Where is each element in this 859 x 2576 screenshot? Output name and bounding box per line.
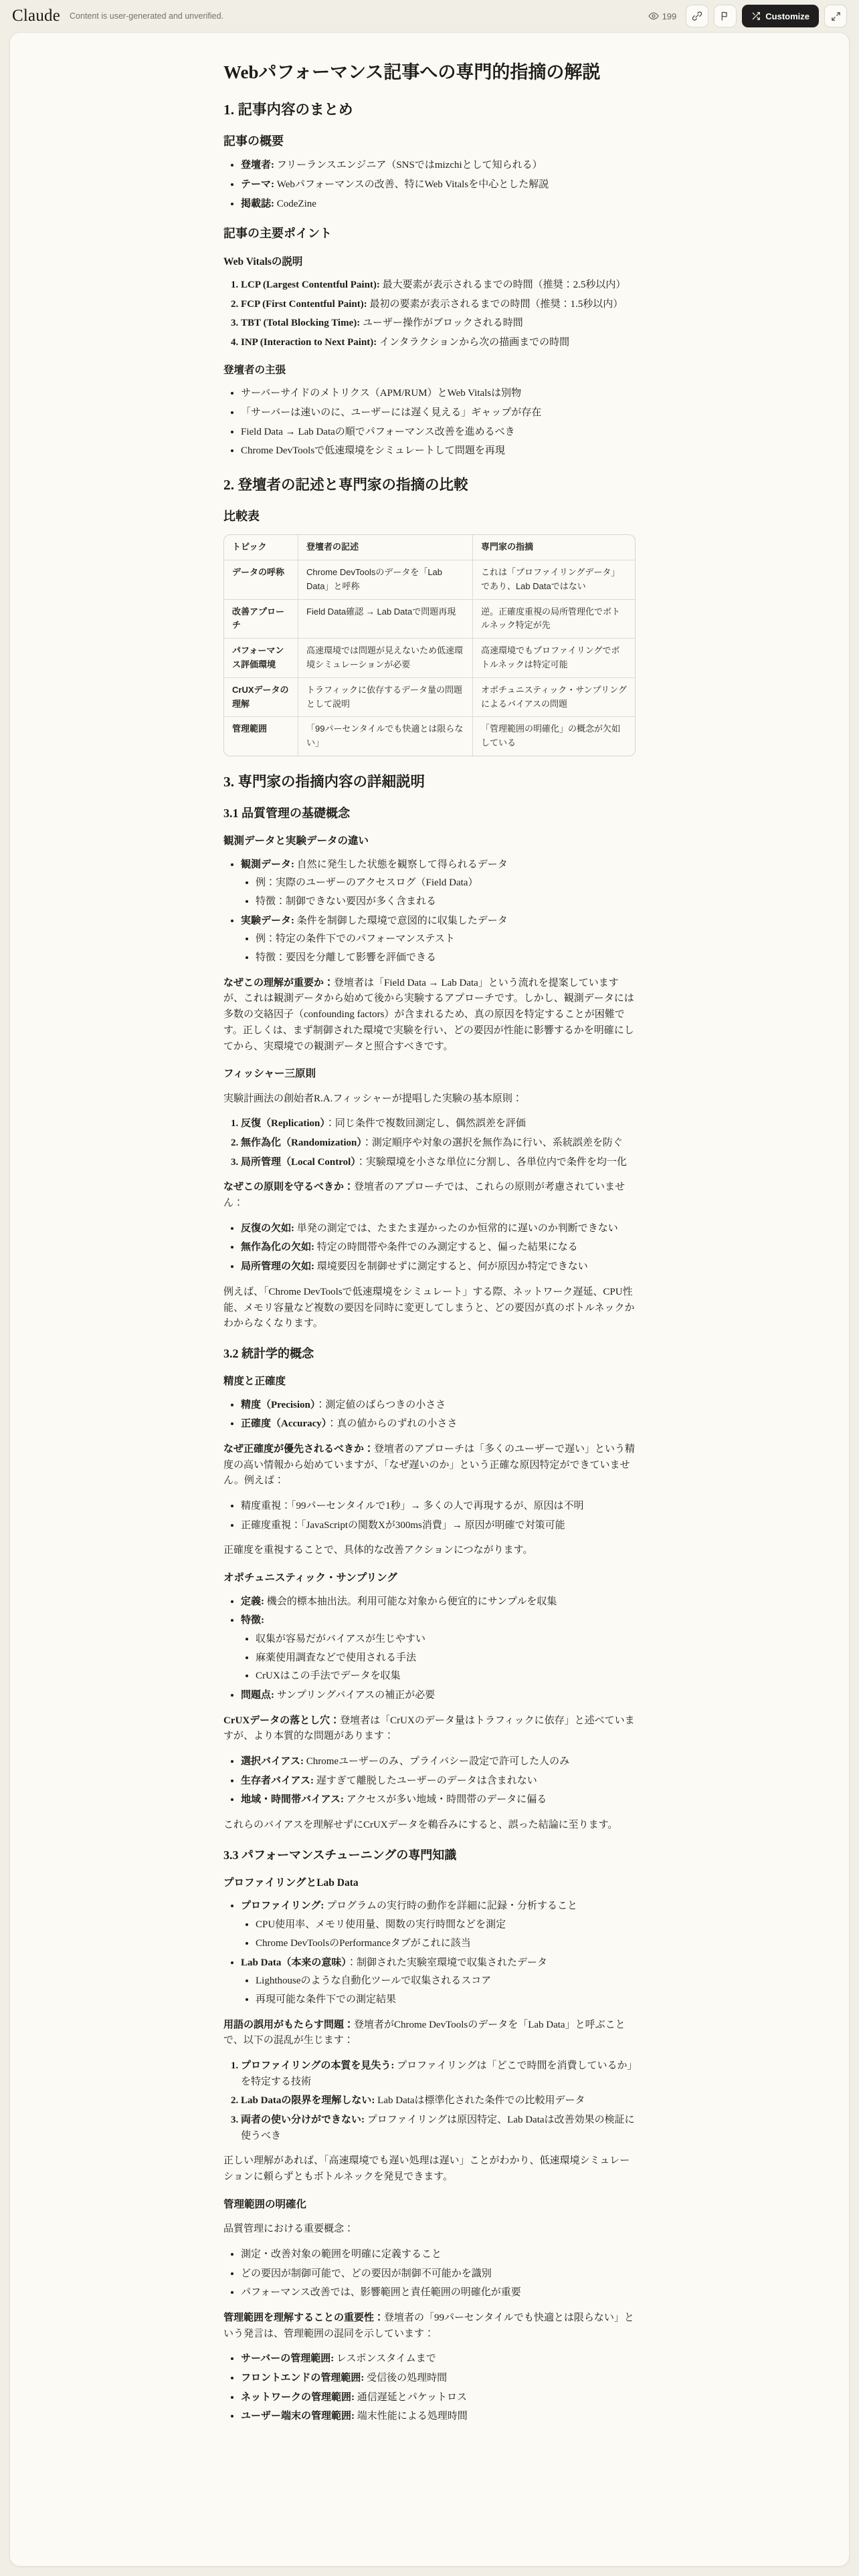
list-item: パフォーマンス改善では、影響範囲と責任範囲の明確化が重要 <box>241 2285 636 2301</box>
list-item: 正確度重視：「JavaScriptの関数Xが300ms消費」→ 原因が明確で対策… <box>241 1518 636 1534</box>
heading-h4: Web Vitalsの説明 <box>223 255 636 270</box>
customize-button[interactable]: Customize <box>742 5 819 27</box>
heading-h2: 1. 記事内容のまとめ <box>223 100 636 120</box>
table-cell: CrUXデータの理解 <box>224 677 298 717</box>
nested-bullet-list: Lighthouseのような自動化ツールで収集されるスコア再現可能な条件下での測… <box>241 1973 636 2008</box>
expand-button[interactable] <box>824 5 847 27</box>
list-item: 選択バイアス: Chromeユーザーのみ、プライバシー設定で許可した人のみ <box>241 1754 636 1770</box>
table-row: 改善アプローチField Data確認 → Lab Dataで問題再現逆。正確度… <box>224 599 635 639</box>
table-header-cell: トピック <box>224 535 298 560</box>
paragraph: 管理範囲を理解することの重要性：登壇者の「99パーセンタイルでも快適とは限らない… <box>223 2311 636 2342</box>
table-header-cell: 登壇者の記述 <box>298 535 473 560</box>
paragraph: 正しい理解があれば、「高速環境でも遅い処理は遅い」ことがわかり、低速環境シミュレ… <box>223 2153 636 2185</box>
table-header-row: トピック登壇者の記述専門家の指摘 <box>224 535 635 560</box>
heading-h3: 3.2 統計学的概念 <box>223 1346 636 1362</box>
table-cell: データの呼称 <box>224 560 298 599</box>
numbered-list: 反復（Replication）：同じ条件で複数回測定し、偶然誤差を評価無作為化（… <box>223 1116 636 1170</box>
heading-h3: 記事の主要ポイント <box>223 225 636 242</box>
paragraph: 用語の誤用がもたらす問題：登壇者がChrome DevToolsのデータを「La… <box>223 2018 636 2049</box>
list-item: プロファイリングの本質を見失う: プロファイリングは「どこで時間を消費しているか… <box>241 2058 636 2090</box>
list-item: 「サーバーは速いのに、ユーザーには遅く見える」ギャップが存在 <box>241 405 636 421</box>
heading-h4: 登壇者の主張 <box>223 363 636 378</box>
list-item: サーバーサイドのメトリクス（APM/RUM）とWeb Vitalsは別物 <box>241 386 636 402</box>
bullet-list: 精度（Precision）：測定値のばらつきの小ささ正確度（Accuracy）：… <box>223 1398 636 1432</box>
list-item: 無作為化（Randomization）：測定順序や対象の選択を無作為に行い、系統… <box>241 1136 636 1152</box>
paragraph: これらのバイアスを理解せずにCrUXデータを鵜呑みにすると、誤った結論に至ります… <box>223 1818 636 1834</box>
bullet-list: サーバーの管理範囲: レスポンスタイムまでフロントエンドの管理範囲: 受信後の処… <box>223 2351 636 2425</box>
list-item: 局所管理の欠如: 環境要因を制御せずに測定すると、何が原因か特定できない <box>241 1259 636 1275</box>
numbered-list: LCP (Largest Contentful Paint): 最大要素が表示さ… <box>223 278 636 351</box>
list-item: 問題点: サンプリングバイアスの補正が必要 <box>241 1688 636 1704</box>
list-item: Lighthouseのような自動化ツールで収集されるスコア <box>256 1973 636 1990</box>
heading-h3: 3.1 品質管理の基礎概念 <box>223 805 636 822</box>
paragraph: 正確度を重視することで、具体的な改善アクションにつながります。 <box>223 1543 636 1559</box>
disclaimer-text: Content is user-generated and unverified… <box>70 11 223 21</box>
table-header-cell: 専門家の指摘 <box>472 535 635 560</box>
list-item: 測定・改善対象の範囲を明確に定義すること <box>241 2247 636 2263</box>
comparison-table-wrapper: トピック登壇者の記述専門家の指摘データの呼称Chrome DevToolsのデー… <box>223 534 636 756</box>
table-cell: 高速環境では問題が見えないため低速環境シミュレーションが必要 <box>298 639 473 678</box>
numbered-list: プロファイリングの本質を見失う: プロファイリングは「どこで時間を消費しているか… <box>223 2058 636 2144</box>
list-item: 特徴：制御できない要因が多く含まれる <box>256 894 636 910</box>
list-item: 反復の欠如: 単発の測定では、たまたま遅かったのか恒常的に遅いのか判断できない <box>241 1221 636 1237</box>
claude-logo[interactable]: Claude <box>12 7 60 25</box>
bullet-list: 観測データ: 自然に発生した状態を観察して得られるデータ例：実際のユーザーのアク… <box>223 857 636 966</box>
table-row: パフォーマンス評価環境高速環境では問題が見えないため低速環境シミュレーションが必… <box>224 639 635 678</box>
list-item: 特徴:収集が容易だがバイアスが生じやすい麻薬使用調査などで使用される手法CrUX… <box>241 1613 636 1685</box>
comparison-table: トピック登壇者の記述専門家の指摘データの呼称Chrome DevToolsのデー… <box>224 535 635 756</box>
list-item: 定義: 機会的標本抽出法。利用可能な対象から便宜的にサンプルを収集 <box>241 1594 636 1610</box>
list-item: Lab Data（本来の意味）：制御された実験室環境で収集されたデータLight… <box>241 1955 636 2008</box>
list-item: ネットワークの管理範囲: 通信遅延とパケットロス <box>241 2390 636 2406</box>
list-item: 観測データ: 自然に発生した状態を観察して得られるデータ例：実際のユーザーのアク… <box>241 857 636 910</box>
list-item: プロファイリング: プログラムの実行時の動作を詳細に記録・分析することCPU使用… <box>241 1899 636 1951</box>
table-cell: 「99パーセンタイルでも快適とは限らない」 <box>298 717 473 756</box>
list-item: 両者の使い分けができない: プロファイリングは原因特定、Lab Dataは改善効… <box>241 2113 636 2144</box>
list-item: 例：特定の条件下でのパフォーマンステスト <box>256 932 636 948</box>
heading-h4: 観測データと実験データの違い <box>223 834 636 849</box>
table-cell: オポチュニスティック・サンプリングによるバイアスの問題 <box>472 677 635 717</box>
list-item: Chrome DevToolsで低速環境をシミュレートして問題を再現 <box>241 443 636 459</box>
heading-h2: 3. 専門家の指摘内容の詳細説明 <box>223 772 636 792</box>
table-cell: 高速環境でもプロファイリングでボトルネックは特定可能 <box>472 639 635 678</box>
heading-h3: 比較表 <box>223 508 636 525</box>
list-item: Lab Dataの限界を理解しない: Lab Dataは標準化された条件での比較… <box>241 2093 636 2109</box>
heading-h4: プロファイリングとLab Data <box>223 1876 636 1891</box>
table-row: 管理範囲「99パーセンタイルでも快適とは限らない」「管理範囲の明確化」の概念が欠… <box>224 717 635 756</box>
heading-h1: Webパフォーマンス記事への専門的指摘の解説 <box>223 61 636 84</box>
paragraph: 例えば、「Chrome DevToolsで低速環境をシミュレート」する際、ネット… <box>223 1285 636 1332</box>
list-item: 例：実際のユーザーのアクセスログ（Field Data） <box>256 875 636 891</box>
expand-icon <box>831 11 841 21</box>
table-cell: Chrome DevToolsのデータを「Lab Data」と呼称 <box>298 560 473 599</box>
bullet-list: 定義: 機会的標本抽出法。利用可能な対象から便宜的にサンプルを収集特徴:収集が容… <box>223 1594 636 1704</box>
flag-icon <box>720 11 731 21</box>
list-item: 特徴：要因を分離して影響を評価できる <box>256 950 636 966</box>
table-row: データの呼称Chrome DevToolsのデータを「Lab Data」と呼称こ… <box>224 560 635 599</box>
heading-h4: オポチュニスティック・サンプリング <box>223 1571 636 1586</box>
list-item: 麻薬使用調査などで使用される手法 <box>256 1650 636 1667</box>
heading-h4: フィッシャー三原則 <box>223 1067 636 1081</box>
list-item: CrUXはこの手法でデータを収集 <box>256 1669 636 1685</box>
table-cell: 管理範囲 <box>224 717 298 756</box>
paragraph: 品質管理における重要概念： <box>223 2222 636 2238</box>
table-cell: トラフィックに依存するデータ量の問題として説明 <box>298 677 473 717</box>
paragraph: なぜこの理解が重要か：登壇者は「Field Data → Lab Data」とい… <box>223 976 636 1055</box>
bullet-list: プロファイリング: プログラムの実行時の動作を詳細に記録・分析することCPU使用… <box>223 1899 636 2008</box>
table-cell: 「管理範囲の明確化」の概念が欠如している <box>472 717 635 756</box>
list-item: Chrome DevToolsのPerformanceタブがこれに該当 <box>256 1936 636 1952</box>
list-item: 反復（Replication）：同じ条件で複数回測定し、偶然誤差を評価 <box>241 1116 636 1132</box>
table-row: CrUXデータの理解トラフィックに依存するデータ量の問題として説明オポチュニステ… <box>224 677 635 717</box>
paragraph: なぜ正確度が優先されるべきか：登壇者のアプローチは「多くのユーザーで遅い」という… <box>223 1442 636 1489</box>
list-item: LCP (Largest Contentful Paint): 最大要素が表示さ… <box>241 278 636 294</box>
list-item: 実験データ: 条件を制御した環境で意図的に収集したデータ例：特定の条件下でのパフ… <box>241 914 636 966</box>
shuffle-icon <box>751 11 761 21</box>
list-item: 掲載誌: CodeZine <box>241 197 636 213</box>
list-item: 生存者バイアス: 遅すぎて離脱したユーザーのデータは含まれない <box>241 1774 636 1790</box>
nested-bullet-list: 収集が容易だがバイアスが生じやすい麻薬使用調査などで使用される手法CrUXはこの… <box>241 1632 636 1685</box>
bullet-list: 反復の欠如: 単発の測定では、たまたま遅かったのか恒常的に遅いのか判断できない無… <box>223 1221 636 1275</box>
list-item: TBT (Total Blocking Time): ユーザー操作がブロックされ… <box>241 316 636 332</box>
list-item: テーマ: Webパフォーマンスの改善、特にWeb Vitalsを中心とした解説 <box>241 177 636 193</box>
list-item: 再現可能な条件下での測定結果 <box>256 1992 636 2008</box>
bullet-list: サーバーサイドのメトリクス（APM/RUM）とWeb Vitalsは別物「サーバ… <box>223 386 636 459</box>
heading-h4: 管理範囲の明確化 <box>223 2197 636 2212</box>
table-cell: 改善アプローチ <box>224 599 298 639</box>
report-flag-button[interactable] <box>714 5 737 27</box>
bullet-list: 登壇者: フリーランスエンジニア（SNSではmizchiとして知られる）テーマ:… <box>223 158 636 212</box>
paragraph: CrUXデータの落とし穴：登壇者は「CrUXのデータ量はトラフィックに依存」と述… <box>223 1713 636 1745</box>
heading-h4: 精度と正確度 <box>223 1374 636 1389</box>
list-item: 精度（Precision）：測定値のばらつきの小ささ <box>241 1398 636 1414</box>
artifact-card: Webパフォーマンス記事への専門的指摘の解説1. 記事内容のまとめ記事の概要登壇… <box>9 32 850 2567</box>
nested-bullet-list: 例：特定の条件下でのパフォーマンステスト特徴：要因を分離して影響を評価できる <box>241 932 636 966</box>
heading-h2: 2. 登壇者の記述と専門家の指摘の比較 <box>223 475 636 495</box>
list-item: フロントエンドの管理範囲: 受信後の処理時間 <box>241 2371 636 2387</box>
document-content: Webパフォーマンス記事への専門的指摘の解説1. 記事内容のまとめ記事の概要登壇… <box>223 33 636 2473</box>
list-item: ユーザー端末の管理範囲: 端末性能による処理時間 <box>241 2409 636 2425</box>
list-item: 正確度（Accuracy）：真の値からのずれの小ささ <box>241 1416 636 1432</box>
table-cell: 逆。正確度重視の局所管理化でボトルネック特定が先 <box>472 599 635 639</box>
list-item: 登壇者: フリーランスエンジニア（SNSではmizchiとして知られる） <box>241 158 636 174</box>
copy-link-button[interactable] <box>686 5 708 27</box>
view-count: 199 <box>648 11 677 21</box>
heading-h3: 3.3 パフォーマンスチューニングの専門知識 <box>223 1847 636 1864</box>
list-item: サーバーの管理範囲: レスポンスタイムまで <box>241 2351 636 2367</box>
table-body: データの呼称Chrome DevToolsのデータを「Lab Data」と呼称こ… <box>224 560 635 755</box>
bullet-list: 選択バイアス: Chromeユーザーのみ、プライバシー設定で許可した人のみ生存者… <box>223 1754 636 1808</box>
nested-bullet-list: CPU使用率、メモリ使用量、関数の実行時間などを測定Chrome DevTool… <box>241 1917 636 1951</box>
table-cell: Field Data確認 → Lab Dataで問題再現 <box>298 599 473 639</box>
list-item: 局所管理（Local Control）：実験環境を小さな単位に分割し、各単位内で… <box>241 1155 636 1171</box>
table-cell: パフォーマンス評価環境 <box>224 639 298 678</box>
nested-bullet-list: 例：実際のユーザーのアクセスログ（Field Data）特徴：制御できない要因が… <box>241 875 636 909</box>
list-item: 地域・時間帯バイアス: アクセスが多い地域・時間帯のデータに偏る <box>241 1792 636 1808</box>
bullet-list: 測定・改善対象の範囲を明確に定義することどの要因が制御可能で、どの要因が制御不可… <box>223 2247 636 2301</box>
header-bar: Claude Content is user-generated and unv… <box>0 0 859 32</box>
list-item: 収集が容易だがバイアスが生じやすい <box>256 1632 636 1648</box>
header-actions: 199 Customize <box>648 5 847 27</box>
list-item: 無作為化の欠如: 特定の時間帯や条件でのみ測定すると、偏った結果になる <box>241 1240 636 1256</box>
customize-label: Customize <box>765 11 809 21</box>
table-head: トピック登壇者の記述専門家の指摘 <box>224 535 635 560</box>
heading-h3: 記事の概要 <box>223 133 636 150</box>
paragraph: なぜこの原則を守るべきか：登壇者のアプローチでは、これらの原則が考慮されていませ… <box>223 1180 636 1211</box>
table-cell: これは「プロファイリングデータ」であり、Lab Dataではない <box>472 560 635 599</box>
paragraph: 実験計画法の創始者R.A.フィッシャーが提唱した実験の基本原則： <box>223 1091 636 1107</box>
link-icon <box>692 11 702 21</box>
list-item: 精度重視：「99パーセンタイルで1秒」→ 多くの人で再現するが、原因は不明 <box>241 1499 636 1515</box>
list-item: FCP (First Contentful Paint): 最初の要素が表示され… <box>241 297 636 313</box>
view-count-value: 199 <box>662 11 677 21</box>
bullet-list: 精度重視：「99パーセンタイルで1秒」→ 多くの人で再現するが、原因は不明正確度… <box>223 1499 636 1533</box>
list-item: INP (Interaction to Next Paint): インタラクショ… <box>241 335 636 351</box>
list-item: どの要因が制御可能で、どの要因が制御不可能かを識別 <box>241 2266 636 2282</box>
list-item: CPU使用率、メモリ使用量、関数の実行時間などを測定 <box>256 1917 636 1933</box>
list-item: Field Data → Lab Dataの順でパフォーマンス改善を進めるべき <box>241 425 636 441</box>
eye-icon <box>648 11 659 21</box>
